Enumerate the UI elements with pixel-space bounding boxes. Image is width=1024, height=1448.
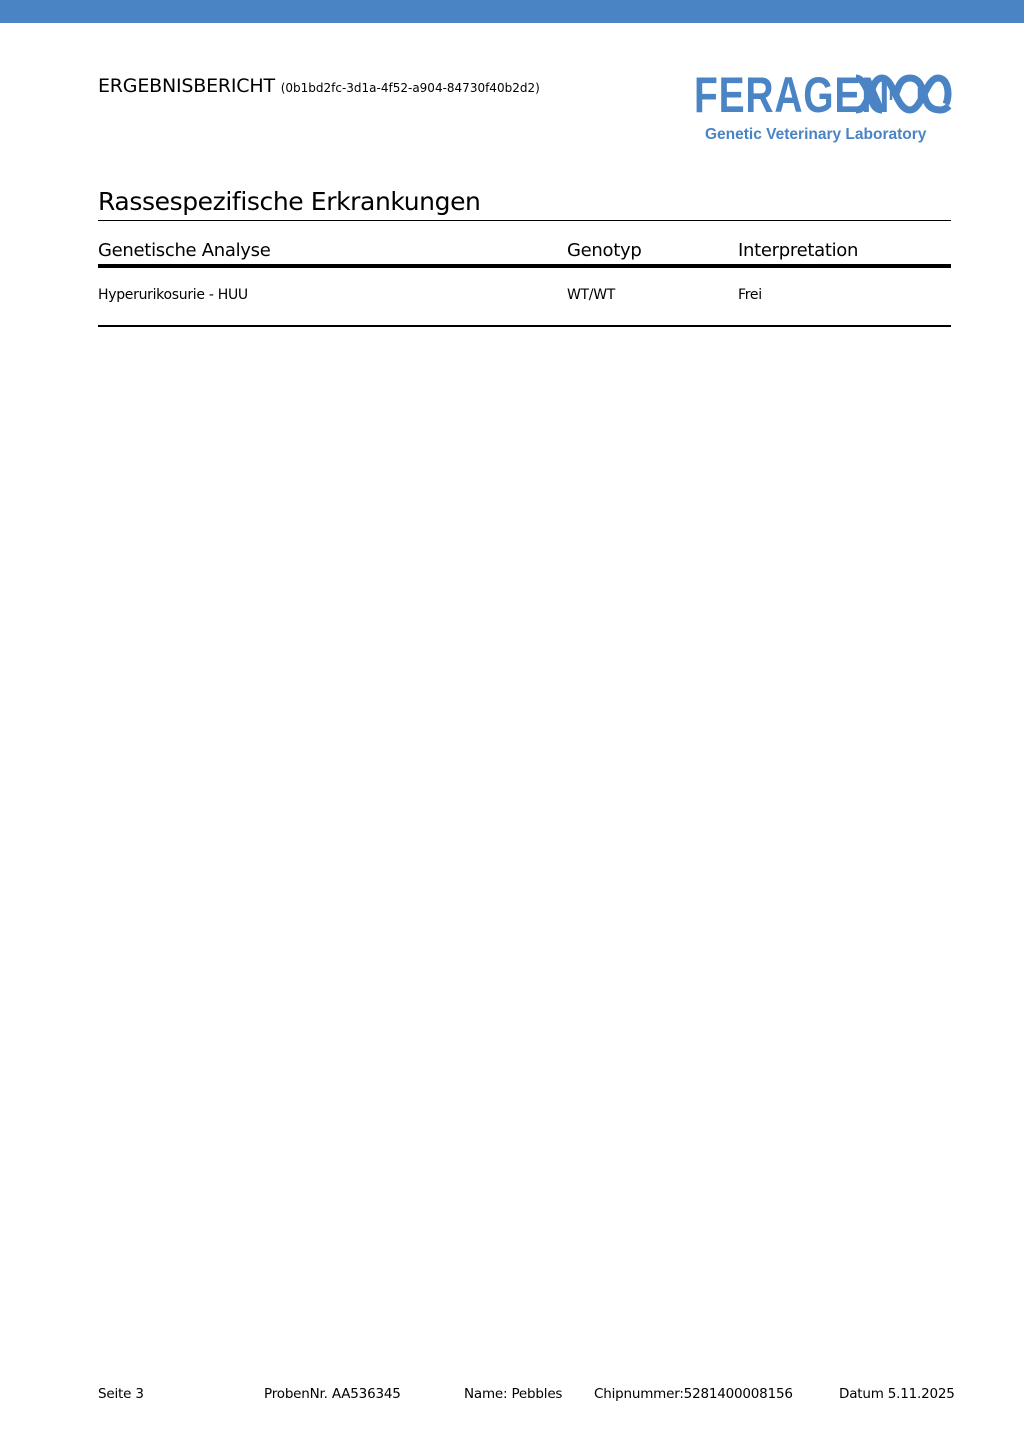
report-title-text: ERGEBNISBERICHT <box>98 75 275 97</box>
report-title: ERGEBNISBERICHT (0b1bd2fc-3d1a-4f52-a904… <box>98 75 540 97</box>
section-title-divider <box>98 220 951 221</box>
logo-tagline: Genetic Veterinary Laboratory <box>705 126 926 144</box>
footer-chip-number: Chipnummer:5281400008156 <box>594 1386 793 1402</box>
section-title: Rassespezifische Erkrankungen <box>98 187 481 216</box>
footer-name: Name: Pebbles <box>464 1386 562 1402</box>
footer-sample-number: ProbenNr. AA536345 <box>264 1386 401 1402</box>
report-id: (0b1bd2fc-3d1a-4f52-a904-84730f40b2d2) <box>281 81 540 95</box>
column-header-genotype: Genotyp <box>567 240 641 261</box>
table-row-divider <box>98 325 951 327</box>
top-color-band <box>0 0 1024 23</box>
cell-interpretation: Frei <box>738 287 762 303</box>
dna-helix-icon <box>854 72 952 116</box>
cell-genotype: WT/WT <box>567 287 615 303</box>
table-header-divider <box>98 264 951 268</box>
feragen-logo: FERAGEN Genetic Veterinary Laboratory <box>694 70 954 150</box>
cell-analysis: Hyperurikosurie - HUU <box>98 287 248 303</box>
footer-page-number: Seite 3 <box>98 1386 144 1402</box>
footer-date: Datum 5.11.2025 <box>839 1386 955 1402</box>
column-header-interpretation: Interpretation <box>738 240 858 261</box>
column-header-analysis: Genetische Analyse <box>98 240 271 261</box>
